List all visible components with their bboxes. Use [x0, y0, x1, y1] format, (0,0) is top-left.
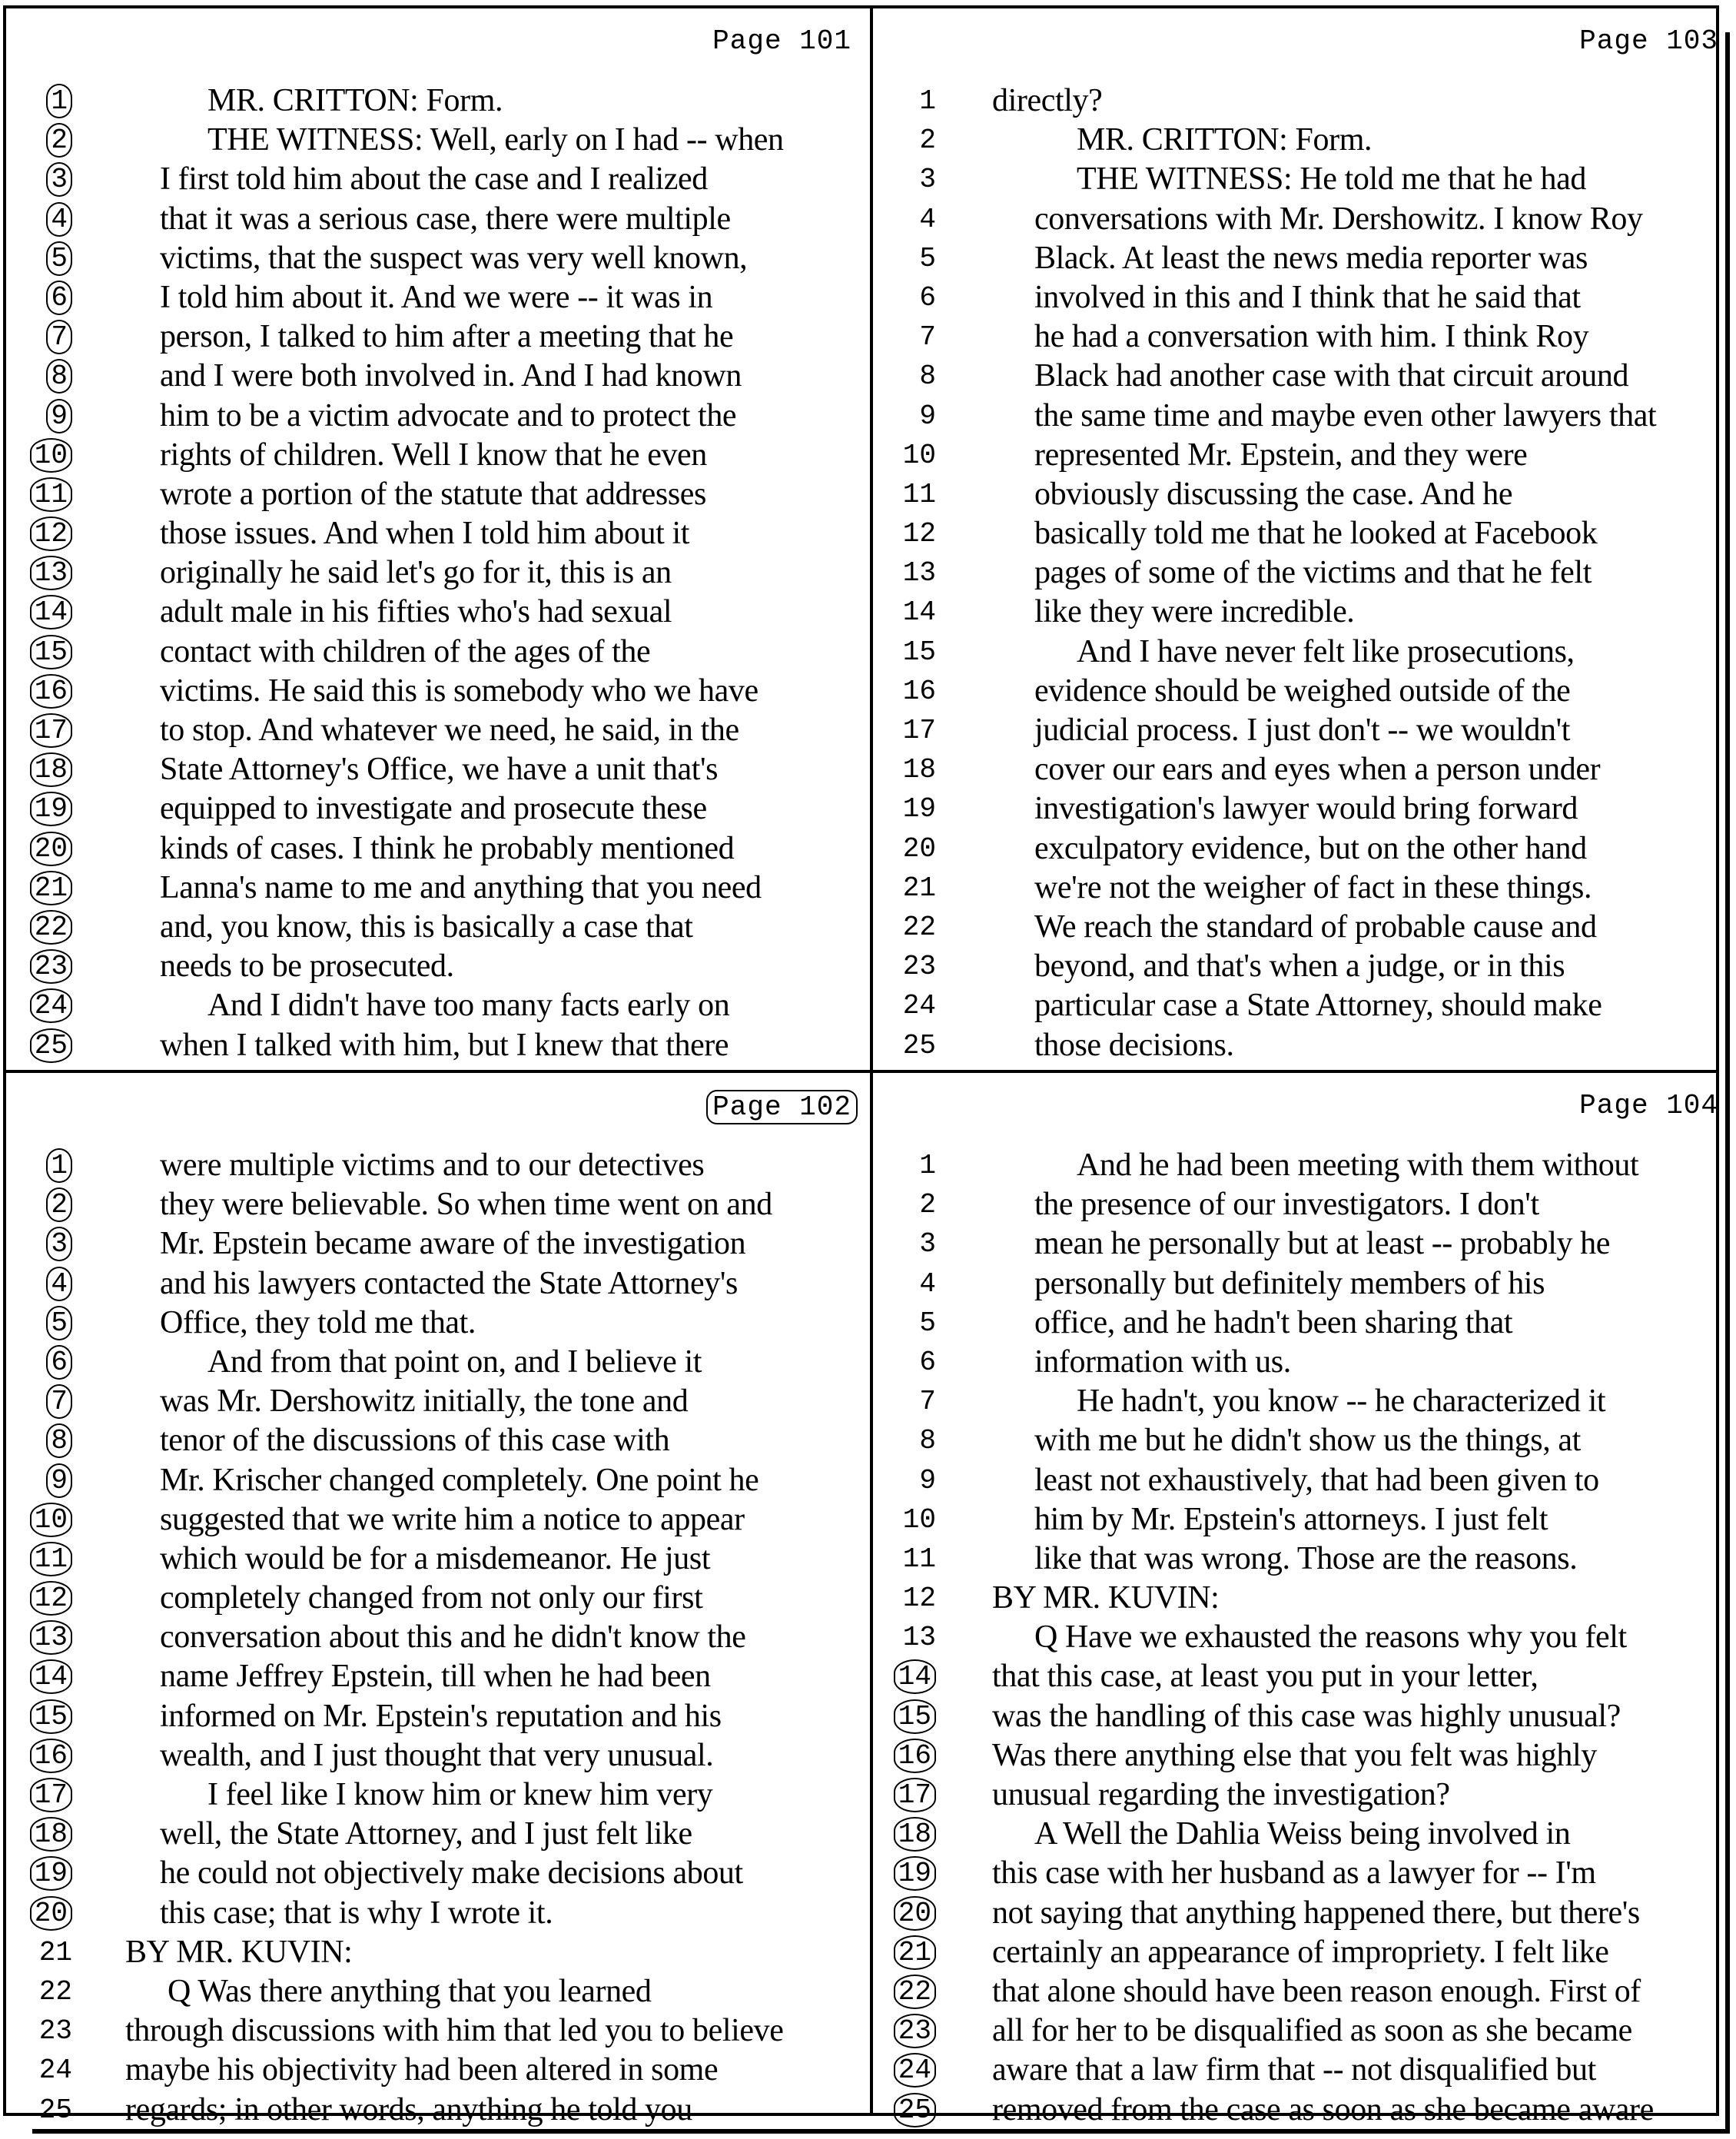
- line-text: all for her to be disqualified as soon a…: [992, 2011, 1632, 2051]
- page-header: Page 101: [712, 25, 851, 57]
- transcript-line: 14adult male in his fifties who's had se…: [6, 593, 865, 632]
- line-number-text: 19: [903, 793, 936, 825]
- line-text: Q Have we exhausted the reasons why you …: [1034, 1618, 1627, 1657]
- line-text: him by Mr. Epstein's attorneys. I just f…: [1034, 1500, 1548, 1539]
- transcript-line: 5Office, they told me that.: [6, 1304, 865, 1343]
- line-number: 2: [881, 1185, 936, 1224]
- transcript-line: 21Lanna's name to me and anything that y…: [6, 869, 865, 908]
- transcript-line: 13originally he said let's go for it, th…: [6, 553, 865, 593]
- line-text: kinds of cases. I think he probably ment…: [160, 829, 734, 869]
- transcript-line: 18State Attorney's Office, we have a uni…: [6, 750, 865, 789]
- line-number-text: 18: [30, 1817, 72, 1852]
- line-number-text: 13: [903, 557, 936, 589]
- transcript-line: 21certainly an appearance of impropriety…: [873, 1933, 1732, 1972]
- line-number: 16: [881, 672, 936, 711]
- line-text: THE WITNESS: Well, early on I had -- whe…: [207, 121, 784, 160]
- transcript-line: 3Mr. Epstein became aware of the investi…: [6, 1224, 865, 1264]
- line-number: 23: [17, 2011, 72, 2051]
- transcript-line: 10represented Mr. Epstein, and they were: [873, 436, 1732, 475]
- line-text: removed from the case as soon as she bec…: [992, 2091, 1654, 2130]
- sheet-shadow-bottom: [32, 2129, 1730, 2134]
- line-number-text: 9: [46, 1463, 72, 1498]
- transcript-line: 4that it was a serious case, there were …: [6, 200, 865, 239]
- line-text: Mr. Epstein became aware of the investig…: [160, 1224, 745, 1264]
- line-text: evidence should be weighed outside of th…: [1034, 672, 1570, 711]
- transcript-line: 12basically told me that he looked at Fa…: [873, 514, 1732, 553]
- line-number-text: 6: [46, 1345, 72, 1380]
- transcript-line: 3I first told him about the case and I r…: [6, 160, 865, 199]
- transcript-line: 4personally but definitely members of hi…: [873, 1264, 1732, 1304]
- line-number-text: 12: [903, 1583, 936, 1614]
- line-number-text: 14: [30, 595, 72, 629]
- line-list: 1directly?2MR. CRITTON: Form.3THE WITNES…: [873, 81, 1732, 1065]
- line-number: 17: [17, 1775, 72, 1815]
- transcript-line: 22and, you know, this is basically a cas…: [6, 908, 865, 947]
- line-number: 5: [17, 239, 72, 278]
- line-text: information with us.: [1034, 1343, 1291, 1382]
- line-text: Was there anything else that you felt wa…: [992, 1736, 1597, 1775]
- transcript-line: 10him by Mr. Epstein's attorneys. I just…: [873, 1500, 1732, 1539]
- line-text: the presence of our investigators. I don…: [1034, 1185, 1539, 1224]
- line-text: conversations with Mr. Dershowitz. I kno…: [1034, 200, 1643, 239]
- line-number-text: 21: [30, 871, 72, 905]
- transcript-line: 1were multiple victims and to our detect…: [6, 1146, 865, 1185]
- line-text: I told him about it. And we were -- it w…: [160, 278, 712, 317]
- line-text: wealth, and I just thought that very unu…: [160, 1736, 713, 1775]
- line-text: pages of some of the victims and that he…: [1034, 553, 1592, 593]
- page-header: Page 102: [706, 1090, 858, 1124]
- transcript-line: 20not saying that anything happened ther…: [873, 1894, 1732, 1933]
- line-text: He hadn't, you know -- he characterized …: [1077, 1382, 1605, 1421]
- line-text: like that was wrong. Those are the reaso…: [1034, 1539, 1577, 1579]
- transcript-line: 21BY MR. KUVIN:: [6, 1933, 865, 1972]
- line-number: 14: [17, 1657, 72, 1696]
- line-number-text: 1: [919, 85, 936, 117]
- transcript-line: 25regards; in other words, anything he t…: [6, 2091, 865, 2130]
- transcript-line: 12those issues. And when I told him abou…: [6, 514, 865, 553]
- line-number-text: 3: [919, 1228, 936, 1260]
- line-number-text: 4: [46, 202, 72, 237]
- line-number: 1: [17, 1146, 72, 1185]
- line-number-text: 10: [903, 440, 936, 471]
- line-text: personally but definitely members of his: [1034, 1264, 1545, 1304]
- line-number: 16: [17, 1736, 72, 1775]
- line-number-text: 11: [30, 477, 72, 512]
- transcript-line: 16wealth, and I just thought that very u…: [6, 1736, 865, 1775]
- transcript-line: 2the presence of our investigators. I do…: [873, 1185, 1732, 1224]
- line-number: 18: [881, 750, 936, 789]
- line-number-text: 20: [30, 832, 72, 866]
- page-header: Page 103: [1579, 25, 1718, 57]
- line-text: with me but he didn't show us the things…: [1034, 1421, 1581, 1460]
- transcript-line: 17I feel like I know him or knew him ver…: [6, 1775, 865, 1815]
- line-number-text: 10: [30, 1503, 72, 1537]
- line-number: 20: [881, 829, 936, 869]
- line-number: 24: [17, 2051, 72, 2090]
- line-number-text: 15: [30, 635, 72, 669]
- line-text: well, the State Attorney, and I just fel…: [160, 1815, 692, 1854]
- line-number: 21: [17, 869, 72, 908]
- transcript-line: 18cover our ears and eyes when a person …: [873, 750, 1732, 789]
- line-number-text: 20: [894, 1896, 936, 1931]
- line-number: 23: [881, 2011, 936, 2051]
- transcript-line: 20kinds of cases. I think he probably me…: [6, 829, 865, 869]
- line-text: they were believable. So when time went …: [160, 1185, 772, 1224]
- line-number: 16: [17, 672, 72, 711]
- line-number: 23: [881, 947, 936, 986]
- line-number: 3: [881, 160, 936, 199]
- line-number: 9: [881, 397, 936, 436]
- line-number: 9: [881, 1461, 936, 1500]
- transcript-line: 1MR. CRITTON: Form.: [6, 81, 865, 121]
- transcript-line: 23all for her to be disqualified as soon…: [873, 2011, 1732, 2051]
- line-text: equipped to investigate and prosecute th…: [160, 789, 707, 829]
- line-number: 24: [17, 986, 72, 1025]
- transcript-line: 4and his lawyers contacted the State Att…: [6, 1264, 865, 1304]
- line-text: beyond, and that's when a judge, or in t…: [1034, 947, 1565, 986]
- line-text: BY MR. KUVIN:: [125, 1933, 352, 1972]
- line-number: 12: [17, 514, 72, 553]
- line-number: 10: [17, 1500, 72, 1539]
- line-number-text: 22: [894, 1975, 936, 2009]
- line-number-text: 19: [894, 1856, 936, 1891]
- line-text: involved in this and I think that he sai…: [1034, 278, 1581, 317]
- line-number: 5: [17, 1304, 72, 1343]
- line-number: 8: [17, 1421, 72, 1460]
- line-number-text: 24: [39, 2054, 72, 2086]
- line-text: which would be for a misdemeanor. He jus…: [160, 1539, 710, 1579]
- line-text: least not exhaustively, that had been gi…: [1034, 1461, 1599, 1500]
- transcript-line: 23needs to be prosecuted.: [6, 947, 865, 986]
- line-number: 19: [17, 789, 72, 829]
- transcript-line: 14that this case, at least you put in yo…: [873, 1657, 1732, 1696]
- line-text: MR. CRITTON: Form.: [207, 81, 503, 121]
- line-number-text: 2: [919, 1189, 936, 1221]
- transcript-line: 16evidence should be weighed outside of …: [873, 672, 1732, 711]
- transcript-line: 10suggested that we write him a notice t…: [6, 1500, 865, 1539]
- line-number-text: 7: [46, 320, 72, 354]
- transcript-line: 25when I talked with him, but I knew tha…: [6, 1026, 865, 1065]
- transcript-line: 5office, and he hadn't been sharing that: [873, 1304, 1732, 1343]
- line-text: MR. CRITTON: Form.: [1077, 121, 1372, 160]
- line-number: 17: [17, 711, 72, 750]
- line-number-text: 7: [919, 1386, 936, 1417]
- line-number: 8: [881, 357, 936, 396]
- line-number-text: 14: [903, 596, 936, 628]
- line-text: needs to be prosecuted.: [160, 947, 454, 986]
- line-text: that it was a serious case, there were m…: [160, 200, 731, 239]
- line-text: we're not the weigher of fact in these t…: [1034, 869, 1592, 908]
- line-number: 23: [17, 947, 72, 986]
- line-number: 7: [17, 1382, 72, 1421]
- line-text: completely changed from not only our fir…: [160, 1579, 702, 1618]
- transcript-line: 11wrote a portion of the statute that ad…: [6, 475, 865, 514]
- line-number: 10: [881, 1500, 936, 1539]
- transcript-line: 14name Jeffrey Epstein, till when he had…: [6, 1657, 865, 1696]
- line-number-text: 1: [46, 1148, 72, 1183]
- transcript-line: 7was Mr. Dershowitz initially, the tone …: [6, 1382, 865, 1421]
- line-number-text: 22: [39, 1976, 72, 2008]
- line-text: not saying that anything happened there,…: [992, 1894, 1640, 1933]
- line-number-text: 5: [46, 241, 72, 276]
- page-104: Page 104 1And he had been meeting with t…: [873, 1073, 1732, 2126]
- transcript-line: 19this case with her husband as a lawyer…: [873, 1854, 1732, 1893]
- line-number-text: 24: [894, 2053, 936, 2088]
- line-number-text: 19: [30, 1856, 72, 1891]
- line-number: 12: [881, 1579, 936, 1618]
- line-number-text: 11: [903, 1543, 936, 1575]
- line-text: Black. At least the news media reporter …: [1034, 239, 1588, 278]
- line-number-text: 1: [46, 84, 72, 118]
- transcript-line: 15contact with children of the ages of t…: [6, 633, 865, 672]
- line-number-text: 13: [903, 1622, 936, 1653]
- line-number: 19: [881, 789, 936, 829]
- transcript-line: 8and I were both involved in. And I had …: [6, 357, 865, 396]
- sheet-shadow-right: [1725, 32, 1730, 2131]
- transcript-line: 7person, I talked to him after a meeting…: [6, 317, 865, 357]
- transcript-line: 17to stop. And whatever we need, he said…: [6, 711, 865, 750]
- line-text: BY MR. KUVIN:: [992, 1579, 1219, 1618]
- line-number: 22: [881, 908, 936, 947]
- line-text: contact with children of the ages of the: [160, 633, 650, 672]
- transcript-line: 22We reach the standard of probable caus…: [873, 908, 1732, 947]
- line-number: 4: [881, 1264, 936, 1304]
- line-number-text: 2: [919, 125, 936, 156]
- line-number-text: 9: [919, 1465, 936, 1496]
- transcript-line: 9least not exhaustively, that had been g…: [873, 1461, 1732, 1500]
- line-number-text: 21: [39, 1937, 72, 1968]
- line-text: he could not objectively make decisions …: [160, 1854, 743, 1893]
- line-number-text: 10: [903, 1504, 936, 1536]
- line-number-text: 25: [30, 1028, 72, 1063]
- line-text: name Jeffrey Epstein, till when he had b…: [160, 1657, 711, 1696]
- line-list: 1And he had been meeting with them witho…: [873, 1146, 1732, 2130]
- line-number: 3: [17, 1224, 72, 1264]
- line-text: And from that point on, and I believe it: [207, 1343, 702, 1382]
- line-number: 6: [17, 278, 72, 317]
- line-number: 8: [881, 1421, 936, 1460]
- line-text: those decisions.: [1034, 1026, 1234, 1065]
- line-number-text: 17: [30, 1778, 72, 1812]
- transcript-line: 11like that was wrong. Those are the rea…: [873, 1539, 1732, 1579]
- line-number-text: 12: [30, 516, 72, 551]
- transcript-line: 4conversations with Mr. Dershowitz. I kn…: [873, 200, 1732, 239]
- line-number: 15: [881, 1697, 936, 1736]
- line-number: 25: [881, 2091, 936, 2130]
- line-number: 4: [881, 200, 936, 239]
- line-text: certainly an appearance of impropriety. …: [992, 1933, 1608, 1972]
- line-number-text: 23: [894, 2014, 936, 2048]
- transcript-line: 12BY MR. KUVIN:: [873, 1579, 1732, 1618]
- line-number-text: 17: [30, 713, 72, 748]
- line-number: 15: [881, 633, 936, 672]
- transcript-line: 6I told him about it. And we were -- it …: [6, 278, 865, 317]
- transcript-line: 23through discussions with him that led …: [6, 2011, 865, 2051]
- line-number-text: 17: [894, 1778, 936, 1812]
- line-text: conversation about this and he didn't kn…: [160, 1618, 746, 1657]
- line-text: to stop. And whatever we need, he said, …: [160, 711, 739, 750]
- line-number-text: 13: [30, 556, 72, 590]
- line-number: 15: [17, 1697, 72, 1736]
- line-number: 9: [17, 1461, 72, 1500]
- line-number: 18: [17, 750, 72, 789]
- transcript-line: 8Black had another case with that circui…: [873, 357, 1732, 396]
- line-number: 17: [881, 1775, 936, 1815]
- line-number-text: 15: [903, 636, 936, 668]
- transcript-line: 22that alone should have been reason eno…: [873, 1972, 1732, 2011]
- line-text: I feel like I know him or knew him very: [207, 1775, 712, 1815]
- transcript-line: 18A Well the Dahlia Weiss being involved…: [873, 1815, 1732, 1854]
- transcript-line: 13Q Have we exhausted the reasons why yo…: [873, 1618, 1732, 1657]
- transcript-line: 9the same time and maybe even other lawy…: [873, 397, 1732, 436]
- line-number: 13: [881, 553, 936, 593]
- line-text: Black had another case with that circuit…: [1034, 357, 1628, 396]
- line-text: that this case, at least you put in your…: [992, 1657, 1538, 1696]
- line-number-text: 22: [30, 910, 72, 945]
- line-number-text: 16: [30, 674, 72, 709]
- line-number-text: 16: [30, 1739, 72, 1773]
- line-text: represented Mr. Epstein, and they were: [1034, 436, 1527, 475]
- line-number: 10: [881, 436, 936, 475]
- line-text: basically told me that he looked at Face…: [1034, 514, 1597, 553]
- line-list: 1were multiple victims and to our detect…: [6, 1146, 865, 2130]
- line-text: aware that a law firm that -- not disqua…: [992, 2051, 1596, 2090]
- transcript-line: 19equipped to investigate and prosecute …: [6, 789, 865, 829]
- line-number-text: 18: [894, 1817, 936, 1852]
- line-number: 20: [17, 829, 72, 869]
- line-number-text: 24: [30, 988, 72, 1023]
- line-number: 2: [881, 121, 936, 160]
- line-number-text: 12: [30, 1581, 72, 1616]
- line-number-text: 21: [903, 872, 936, 904]
- line-number: 21: [881, 1933, 936, 1972]
- transcript-line: 14like they were incredible.: [873, 593, 1732, 632]
- line-number-text: 17: [903, 715, 936, 746]
- line-text: informed on Mr. Epstein's reputation and…: [160, 1697, 722, 1736]
- line-number-text: 21: [894, 1935, 936, 1970]
- line-number: 20: [881, 1894, 936, 1933]
- transcript-line: 24particular case a State Attorney, shou…: [873, 986, 1732, 1025]
- transcript-line: 3THE WITNESS: He told me that he had: [873, 160, 1732, 199]
- transcript-line: 19investigation's lawyer would bring for…: [873, 789, 1732, 829]
- line-number: 22: [881, 1972, 936, 2011]
- line-number-text: 3: [919, 164, 936, 195]
- transcript-line: 9Mr. Krischer changed completely. One po…: [6, 1461, 865, 1500]
- line-number: 14: [17, 593, 72, 632]
- line-text: person, I talked to him after a meeting …: [160, 317, 733, 357]
- line-text: investigation's lawyer would bring forwa…: [1034, 789, 1578, 829]
- line-number: 4: [17, 1264, 72, 1304]
- page-103: Page 103 1directly?2MR. CRITTON: Form.3T…: [873, 8, 1732, 1061]
- line-number-text: 6: [919, 1347, 936, 1378]
- line-number: 25: [17, 2091, 72, 2130]
- transcript-line: 11obviously discussing the case. And he: [873, 475, 1732, 514]
- line-number: 15: [17, 633, 72, 672]
- line-number-text: 6: [46, 281, 72, 315]
- line-number: 6: [881, 278, 936, 317]
- line-number: 8: [17, 357, 72, 396]
- line-number: 14: [881, 1657, 936, 1696]
- line-text: through discussions with him that led yo…: [125, 2011, 783, 2051]
- line-number: 11: [17, 475, 72, 514]
- line-number: 12: [17, 1579, 72, 1618]
- page-header: Page 104: [1579, 1090, 1718, 1121]
- line-number: 19: [17, 1854, 72, 1893]
- line-number: 10: [17, 436, 72, 475]
- line-text: And I have never felt like prosecutions,: [1077, 633, 1575, 672]
- line-text: Mr. Krischer changed completely. One poi…: [160, 1461, 758, 1500]
- line-text: exculpatory evidence, but on the other h…: [1034, 829, 1587, 869]
- transcript-line: 11which would be for a misdemeanor. He j…: [6, 1539, 865, 1579]
- line-number: 1: [881, 1146, 936, 1185]
- line-number: 21: [881, 869, 936, 908]
- line-number-text: 7: [46, 1384, 72, 1419]
- line-number-text: 9: [46, 399, 72, 433]
- transcript-line: 15And I have never felt like prosecution…: [873, 633, 1732, 672]
- line-number: 9: [17, 397, 72, 436]
- line-number-text: 4: [46, 1267, 72, 1301]
- line-number-text: 20: [903, 833, 936, 865]
- transcript-line: 6involved in this and I think that he sa…: [873, 278, 1732, 317]
- line-number-text: 14: [30, 1659, 72, 1694]
- transcript-line: 24aware that a law firm that -- not disq…: [873, 2051, 1732, 2090]
- transcript-line: 20exculpatory evidence, but on the other…: [873, 829, 1732, 869]
- line-number-text: 7: [919, 321, 936, 353]
- line-text: was the handling of this case was highly…: [992, 1697, 1621, 1736]
- line-number: 13: [17, 1618, 72, 1657]
- transcript-line: 15informed on Mr. Epstein's reputation a…: [6, 1697, 865, 1736]
- line-number-text: 8: [919, 360, 936, 392]
- line-number: 17: [881, 711, 936, 750]
- line-number-text: 25: [894, 2093, 936, 2127]
- line-text: mean he personally but at least -- proba…: [1034, 1224, 1610, 1264]
- line-text: maybe his objectivity had been altered i…: [125, 2051, 718, 2090]
- transcript-line: 7he had a conversation with him. I think…: [873, 317, 1732, 357]
- line-number: 25: [17, 1026, 72, 1065]
- line-number: 13: [881, 1618, 936, 1657]
- line-number-text: 18: [903, 754, 936, 786]
- line-number: 1: [17, 81, 72, 121]
- line-number-text: 11: [903, 479, 936, 510]
- line-text: this case; that is why I wrote it.: [160, 1894, 553, 1933]
- line-text: A Well the Dahlia Weiss being involved i…: [1034, 1815, 1570, 1854]
- line-number-text: 11: [30, 1542, 72, 1576]
- transcript-line: 12completely changed from not only our f…: [6, 1579, 865, 1618]
- line-text: wrote a portion of the statute that addr…: [160, 475, 706, 514]
- line-number-text: 25: [39, 2094, 72, 2126]
- line-number: 3: [17, 160, 72, 199]
- line-number-text: 9: [919, 400, 936, 432]
- line-number: 11: [881, 475, 936, 514]
- line-number: 1: [881, 81, 936, 121]
- line-text: judicial process. I just don't -- we wou…: [1034, 711, 1570, 750]
- line-text: particular case a State Attorney, should…: [1034, 986, 1602, 1025]
- line-text: And he had been meeting with them withou…: [1077, 1146, 1638, 1185]
- transcript-line: 2MR. CRITTON: Form.: [873, 121, 1732, 160]
- transcript-line: 17unusual regarding the investigation?: [873, 1775, 1732, 1815]
- line-number: 7: [881, 317, 936, 357]
- transcript-line: 25removed from the case as soon as she b…: [873, 2091, 1732, 2130]
- line-number-text: 18: [30, 752, 72, 787]
- line-text: the same time and maybe even other lawye…: [1034, 397, 1656, 436]
- line-number: 18: [881, 1815, 936, 1854]
- line-number-text: 16: [894, 1739, 936, 1773]
- line-number: 18: [17, 1815, 72, 1854]
- line-number: 20: [17, 1894, 72, 1933]
- line-number-text: 2: [46, 123, 72, 158]
- line-text: and I were both involved in. And I had k…: [160, 357, 742, 396]
- line-text: like they were incredible.: [1034, 593, 1354, 632]
